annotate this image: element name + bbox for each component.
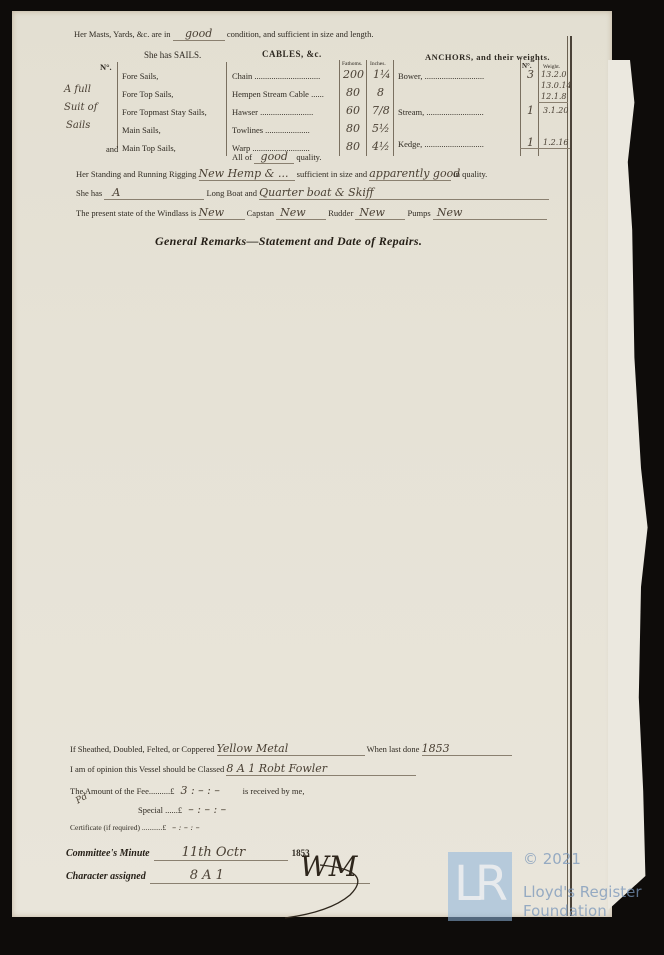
sails-no-label: N°. — [100, 62, 112, 72]
capstan-state: New — [276, 206, 326, 220]
cable-name: Hawser ......................... — [232, 107, 313, 117]
watermark-line1: Lloyd's Register — [523, 884, 642, 901]
lr-logo: LR — [448, 852, 512, 921]
certificate-line: Certificate (if required) ...........£ –… — [70, 823, 200, 832]
anchor-weight: 12.1.8 — [541, 92, 566, 101]
cable-fathoms: 80 — [346, 140, 360, 153]
cables-right-divider — [393, 60, 394, 156]
equipment-state-line: The present state of the Windlass is New… — [76, 206, 547, 220]
inches-col-header: Inches. — [370, 61, 386, 67]
pumps-state: New — [433, 206, 547, 220]
classed-value: 8 A 1 Robt Fowler — [226, 762, 416, 776]
special-line: Special ......£ – : – : – — [138, 803, 226, 816]
cable-inches: 8 — [377, 86, 384, 99]
anchor-name: Kedge, ............................ — [398, 139, 484, 149]
sheathed-value: Yellow Metal — [217, 742, 365, 756]
cable-fathoms: 60 — [346, 104, 360, 117]
classed-line: I am of opinion this Vessel should be Cl… — [70, 762, 416, 776]
watermark-copyright: © 2021 — [523, 851, 581, 868]
sail-item: Fore Top Sails, — [122, 89, 173, 99]
cable-name: Hempen Stream Cable ...... — [232, 89, 324, 99]
boats-line: She has A Long Boat and Quarter boat & S… — [76, 186, 549, 200]
fathoms-col-header: Fathoms. — [342, 61, 362, 67]
sail-item: Main Top Sails, — [122, 143, 176, 153]
margin-rule-inner — [567, 36, 568, 916]
sails-and-label: and — [106, 144, 118, 154]
cables-left-divider — [226, 62, 227, 156]
masts-condition-value: good — [173, 27, 225, 41]
sail-item: Fore Topmast Stay Sails, — [122, 107, 207, 117]
other-boats-value: Quarter boat & Skiff — [259, 186, 549, 200]
anchor-name: Stream, ........................... — [398, 107, 484, 117]
cable-inches: 5½ — [372, 122, 390, 135]
cables-inches-divider — [366, 60, 367, 156]
watermark-line2: Foundation — [523, 903, 607, 920]
fee-value: 3 : – : – — [176, 784, 240, 797]
cable-name: Chain ............................... — [232, 71, 320, 81]
remarks-title: General Remarks—Statement and Date of Re… — [155, 234, 422, 249]
last-done-value: 1853 — [422, 742, 512, 756]
masts-line: Her Masts, Yards, &c. are in good condit… — [74, 27, 373, 41]
sail-item: Main Sails, — [122, 125, 161, 135]
anchors-no-divider — [520, 60, 521, 156]
fee-line: The Amount of the Fee..........£ 3 : – :… — [70, 784, 304, 797]
special-value: – : – : – — [184, 803, 226, 816]
sails-handwritten-3: Sails — [66, 120, 90, 131]
anchor-weight: 1.2.16 — [543, 138, 568, 147]
weight-rule — [538, 102, 568, 103]
rigging-quality-value: apparently good — [369, 167, 451, 181]
anchor-weight: 13.0.14 — [541, 81, 572, 90]
cable-fathoms: 200 — [343, 68, 364, 81]
anchor-weight: 3.1.20 — [543, 106, 568, 115]
anchors-weight-divider — [538, 60, 539, 156]
windlass-state: New — [199, 206, 245, 220]
cable-name: Towlines ..................... — [232, 125, 310, 135]
cable-quality-value: good — [254, 150, 294, 164]
committee-line: Committee's Minute 11th Octr 1853 — [66, 843, 310, 861]
sails-header: She has SAILS. — [144, 50, 201, 60]
rudder-state: New — [355, 206, 405, 220]
rigging-line: Her Standing and Running Rigging New Hem… — [76, 167, 487, 181]
signature-flourish — [280, 860, 380, 920]
cables-fathoms-divider — [339, 60, 340, 156]
cable-inches: 4½ — [372, 140, 390, 153]
anchors-header: ANCHORS, and their weights. — [425, 52, 550, 62]
sails-handwritten-1: A full — [64, 84, 91, 95]
document-page — [12, 11, 612, 917]
sheathed-line: If Sheathed, Doubled, Felted, or Coppere… — [70, 742, 512, 756]
cable-fathoms: 80 — [346, 122, 360, 135]
anchor-weight: 13.2.0 — [541, 70, 566, 79]
sails-divider — [117, 62, 118, 148]
margin-rule — [570, 36, 572, 916]
committee-minute-value: 11th Octr — [154, 845, 288, 861]
anchor-count: 3 — [527, 68, 534, 81]
sails-handwritten-2: Suit of — [64, 102, 97, 113]
torn-page-edge — [608, 60, 652, 910]
weight-rule — [520, 148, 570, 149]
cables-header: CABLES, &c. — [262, 49, 322, 59]
sail-item: Fore Sails, — [122, 71, 158, 81]
cable-quality-line: All of good quality. — [232, 150, 322, 164]
certificate-value: – : – : – — [168, 823, 200, 832]
cable-inches: 7/8 — [372, 104, 390, 117]
long-boat-count: A — [104, 186, 204, 200]
rigging-value: New Hemp & ... — [199, 167, 295, 181]
anchor-name: Bower, ............................ — [398, 71, 484, 81]
cable-fathoms: 80 — [346, 86, 360, 99]
anchor-count: 1 — [527, 104, 534, 117]
cable-inches: 1¼ — [373, 68, 391, 81]
